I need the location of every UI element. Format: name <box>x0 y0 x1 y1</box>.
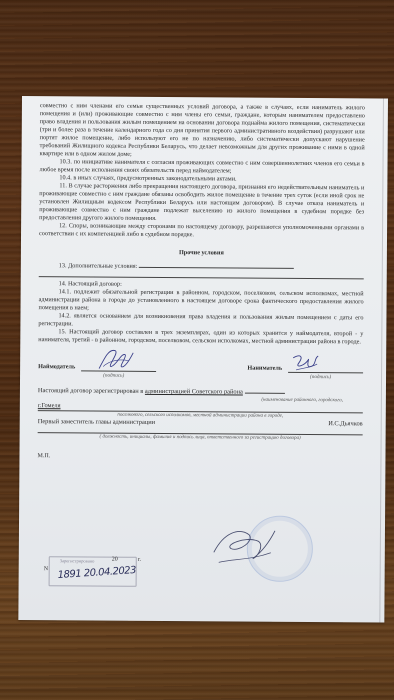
tenant-signature-block: Наниматель (подпись) <box>247 364 363 374</box>
landlord-signature-icon <box>95 347 135 373</box>
registration-city: г.Гомеля <box>38 402 61 409</box>
registration-prefix: Настоящий договор зарегистрирован в <box>38 387 143 395</box>
registration-caption-3: ( должность, инициалы, фамилия и подпись… <box>38 433 363 442</box>
stamp-year-suffix: г. <box>138 557 141 563</box>
signature-row: Наймодатель (подпись) Наниматель (п <box>38 362 363 373</box>
additional-conditions-field <box>139 261 294 269</box>
registration-authority: администрацией Советского района <box>145 388 243 396</box>
tenant-signature-line: (подпись) <box>288 364 363 374</box>
landlord-signature-line: (подпись) <box>81 362 156 372</box>
tenant-label: Наниматель <box>247 365 282 373</box>
blank-line <box>39 270 364 279</box>
stamp-year: 20 <box>112 557 118 563</box>
registration-underline <box>244 393 284 394</box>
paragraph-12: 12. Споры, возникающие между сторонами п… <box>39 222 364 240</box>
paragraph-14-1: 14.1. подлежит обязательной регистрации … <box>38 288 363 314</box>
official-name: И.С.Дьячков <box>328 420 363 428</box>
stamp-label: Зарегистрировано <box>60 558 95 563</box>
registration-block: Настоящий договор зарегистрирован в адми… <box>38 387 363 442</box>
seal-placeholder: М.П. <box>37 452 362 462</box>
landlord-signature-caption: (подпись) <box>103 372 124 380</box>
tenant-signature-caption: (подпись) <box>310 373 331 381</box>
official-title: Первый заместитель главы администрации <box>38 418 155 427</box>
paragraph-11: 11. В случае расторжения либо прекращени… <box>39 182 364 224</box>
handwritten-registration-number: 1891 20.04.2023 <box>57 565 136 581</box>
paragraph-15: 15. Настоящий договор составлен в трех э… <box>38 328 363 346</box>
registration-stamp: Зарегистрировано 20 г. N 1891 20.04.2023 <box>49 556 137 587</box>
additional-conditions-label: 13. Дополнительные условия: <box>59 262 138 270</box>
paragraph-continuation: совместно с ним членами его семьи сущест… <box>40 102 365 160</box>
document-page: совместно с ним членами его семьи сущест… <box>18 96 388 623</box>
landlord-label: Наймодатель <box>38 363 75 371</box>
document-body: совместно с ним членами его семьи сущест… <box>37 102 364 462</box>
section-title-other-conditions: Прочие условия <box>39 248 364 258</box>
landlord-signature-block: Наймодатель (подпись) <box>38 362 156 372</box>
official-signature-icon <box>209 522 279 572</box>
tenant-signature-icon <box>290 352 320 374</box>
page-fold-line <box>379 99 384 623</box>
stamp-number-prefix: N <box>44 566 48 572</box>
